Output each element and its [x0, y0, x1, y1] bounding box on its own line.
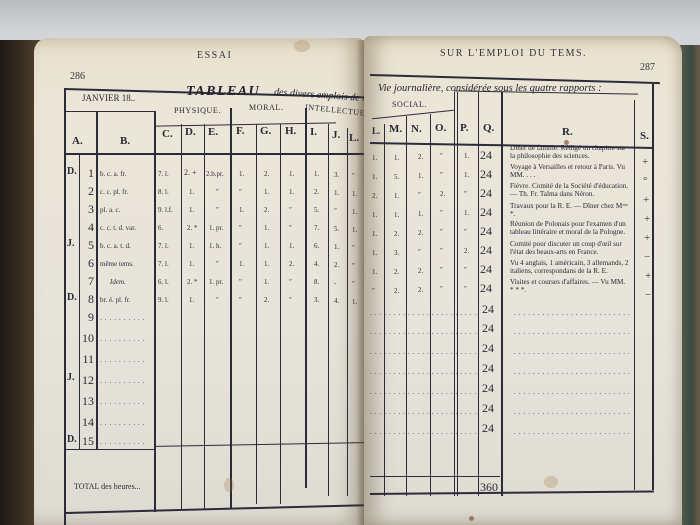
row-day: 13 — [78, 394, 94, 409]
cell-m: 2. — [394, 230, 399, 238]
cell-r-remark: Travaux pour la R. E. — Dîner chez Mᵐᵉ *… — [510, 202, 630, 218]
cell-f: ″ — [239, 242, 242, 250]
cell-r-remark: Comité pour discuter un coup d'œil sur l… — [510, 240, 630, 256]
row-day: 7 — [78, 274, 94, 289]
cell-l: ″ — [352, 244, 355, 252]
cell-p: ″ — [464, 228, 467, 236]
cell-o: ″ — [440, 285, 443, 293]
cell-l: ″ — [352, 280, 355, 288]
cell-q-hours: 24 — [480, 281, 492, 296]
cell-j: - — [334, 279, 336, 287]
cell-q-hours: 24 — [482, 321, 494, 336]
cell-f: ″ — [239, 224, 242, 232]
dot-leader: .......... — [100, 356, 362, 364]
cell-n: ″ — [418, 191, 421, 199]
cell-p: ″ — [464, 285, 467, 293]
row-weekday: D. — [67, 434, 77, 445]
cell-h: 1. — [289, 188, 294, 196]
cell-f: 1. — [239, 206, 244, 214]
row-day: 15 — [78, 434, 94, 449]
cell-s-mark: − — [645, 289, 651, 301]
cell-g: 1. — [264, 242, 269, 250]
col-header-i: I. — [310, 126, 317, 138]
cell-j: 3. — [334, 171, 339, 179]
paper-stain — [224, 478, 234, 492]
cell-j: 5. — [334, 225, 339, 233]
cell-o: ″ — [440, 266, 443, 274]
col-header-e: E. — [208, 126, 218, 138]
running-head-right: SUR L'EMPLOI DU TEMS. — [440, 48, 587, 59]
cell-f: ″ — [239, 296, 242, 304]
cell-e: ″ — [216, 188, 219, 196]
dot-leader: .......................... — [514, 348, 632, 356]
cell-i: 3. — [314, 296, 319, 304]
cell-d: 1. — [189, 260, 194, 268]
cell-o: ″ — [440, 171, 443, 179]
cell-q-hours: 24 — [482, 341, 494, 356]
dot-leader: .......................... — [370, 388, 478, 396]
cell-m: 1. — [394, 192, 399, 200]
cell-q-hours: 24 — [480, 224, 492, 239]
row-day: 8 — [78, 292, 94, 307]
table-title-bold: TABLEAU — [186, 84, 260, 100]
group-physique: PHYSIQUE. — [174, 106, 221, 115]
dot-leader: .......................... — [514, 408, 632, 416]
row-weekday: J. — [67, 372, 75, 383]
paper-stain — [294, 40, 310, 52]
cell-l: 1. — [372, 154, 377, 162]
dot-leader: .......................... — [514, 368, 632, 376]
cell-q-hours: 24 — [480, 167, 492, 182]
cell-o: ″ — [440, 152, 443, 160]
cell-c: 7. l. — [158, 170, 169, 178]
col-header-r: R. — [562, 126, 573, 138]
cell-c: 6. — [158, 224, 163, 232]
cell-b: même tems. — [100, 260, 134, 268]
cell-g: 2. — [264, 206, 269, 214]
row-weekday: D. — [67, 292, 77, 303]
cell-s-mark: + — [645, 270, 651, 282]
cell-d: 1. — [189, 296, 194, 304]
total-label: TOTAL des heures... — [74, 482, 141, 491]
cell-q-hours: 24 — [482, 381, 494, 396]
cell-d: 2. * — [187, 278, 198, 286]
cell-g: 1. — [264, 224, 269, 232]
cell-r-remark: Réunion de Polonais pour l'examen d'un t… — [510, 220, 630, 236]
right-page: SUR L'EMPLOI DU TEMS. 287 Vie journalièr… — [364, 36, 682, 525]
cell-l: ″ — [352, 172, 355, 180]
cell-l: 1. — [372, 249, 377, 257]
cell-q-hours: 24 — [480, 205, 492, 220]
cell-p: 1. — [464, 171, 469, 179]
cell-h: ″ — [289, 296, 292, 304]
paper-stain — [544, 476, 558, 488]
cell-n: 2. — [418, 267, 423, 275]
col-header-g: G. — [260, 125, 271, 137]
cell-e: 1. h. — [209, 242, 221, 250]
col-header-j: J. — [332, 129, 340, 141]
cell-n: 1. — [418, 172, 423, 180]
cell-p: 2. — [464, 247, 469, 255]
row-day: 4 — [78, 220, 94, 235]
dot-leader: .......................... — [514, 388, 632, 396]
cell-q-hours: 24 — [480, 148, 492, 163]
cell-p: ″ — [464, 266, 467, 274]
dot-leader: .......................... — [370, 408, 478, 416]
cell-b: br. é. pl. fr. — [100, 296, 131, 304]
cell-l: ″ — [352, 262, 355, 270]
cell-q-hours: 24 — [480, 186, 492, 201]
dot-leader: .......... — [100, 419, 362, 427]
cell-j: 2. — [334, 261, 339, 269]
row-day: 6 — [78, 256, 94, 271]
row-weekday: J. — [67, 238, 75, 249]
col-header-h: H. — [285, 125, 296, 137]
dot-leader: .......... — [100, 335, 362, 343]
cell-l: 2. — [372, 192, 377, 200]
cell-m: 1. — [394, 154, 399, 162]
dot-leader: .......... — [100, 377, 362, 385]
cell-b: Idem. — [110, 278, 126, 286]
cell-f: 1. — [239, 260, 244, 268]
col-header-p: P. — [460, 122, 468, 134]
cell-q-hours: 24 — [480, 243, 492, 258]
cell-i: 1. — [314, 170, 319, 178]
cell-d: 1. — [189, 188, 194, 196]
cell-m: 5. — [394, 173, 399, 181]
cell-i: 7. — [314, 224, 319, 232]
cell-m: 1. — [394, 211, 399, 219]
cell-i: 4. — [314, 260, 319, 268]
cell-i: 5. — [314, 206, 319, 214]
col-header-a: A. — [72, 135, 83, 147]
cell-r-remark: Visites et courses d'affaires. — Vu MM. … — [510, 278, 630, 294]
cell-l: 1. — [372, 230, 377, 238]
cell-i: 2. — [314, 188, 319, 196]
row-day: 10 — [78, 331, 94, 346]
cell-e: ″ — [216, 296, 219, 304]
total-hours: 360 — [480, 480, 498, 495]
cell-h: 1. — [289, 170, 294, 178]
col-header-o: O. — [435, 122, 446, 134]
cell-q-hours: 24 — [482, 401, 494, 416]
cell-r-remark: Dîner de famille. Rédigé un chapitre sur… — [510, 144, 630, 160]
month-label: JANVIER 18.. — [82, 93, 135, 103]
row-weekday: D. — [67, 166, 77, 177]
cell-q-hours: 24 — [482, 361, 494, 376]
page-number-right: 287 — [640, 62, 655, 73]
cell-q-hours: 24 — [480, 262, 492, 277]
cell-o: ″ — [440, 247, 443, 255]
cell-s-mark: − — [644, 251, 650, 263]
cell-o: ″ — [440, 228, 443, 236]
cell-h: 2. — [289, 260, 294, 268]
dot-leader: .......................... — [514, 309, 632, 317]
cell-r-remark: Voyage à Versailles et retour à Paris. V… — [510, 163, 630, 179]
row-day: 2 — [78, 184, 94, 199]
cell-q-hours: 24 — [482, 302, 494, 317]
cell-f: 1. — [239, 170, 244, 178]
cell-c: 9. l. — [158, 296, 169, 304]
cell-l: 1. — [372, 211, 377, 219]
cell-m: 2. — [394, 287, 399, 295]
col-header-s: S. — [640, 130, 649, 142]
row-day: 3 — [78, 202, 94, 217]
cell-g: 1. — [264, 278, 269, 286]
cell-e: 1. pr. — [209, 224, 223, 232]
left-page: ESSAI 286 TABLEAU des divers emplois de … — [34, 38, 364, 525]
dot-leader: .......... — [100, 398, 362, 406]
cell-e: ″ — [216, 206, 219, 214]
cell-o: 2. — [440, 190, 445, 198]
row-day: 11 — [78, 352, 94, 367]
cell-c: 6. l. — [158, 278, 169, 286]
cell-l: 1. — [372, 173, 377, 181]
cell-s-mark: + — [642, 156, 648, 168]
col-header-c: C. — [162, 128, 173, 140]
col-header-f: F. — [236, 125, 244, 137]
row-day: 14 — [78, 415, 94, 430]
col-header-q: Q. — [483, 122, 494, 134]
cell-h: ″ — [289, 224, 292, 232]
cell-c: 7. l. — [158, 242, 169, 250]
cell-s-mark: ° — [643, 175, 647, 187]
dot-leader: .......................... — [370, 428, 478, 436]
cell-m: 2. — [394, 268, 399, 276]
cell-d: 2. + — [184, 168, 197, 177]
cell-n: 2. — [418, 286, 423, 294]
cell-d: 2. * — [187, 224, 198, 232]
dot-leader: .......................... — [370, 368, 478, 376]
cell-f: ″ — [239, 278, 242, 286]
cell-j: 1. — [334, 189, 339, 197]
cell-b: c. c. t. d. var. — [100, 224, 136, 232]
cell-s-mark: + — [643, 194, 649, 206]
cell-l: ″ — [372, 287, 375, 295]
dot-leader: .......................... — [514, 428, 632, 436]
cell-b: c. c. pl. fr. — [100, 188, 128, 196]
cell-c: 8. l. — [158, 188, 169, 196]
cell-h: ″ — [289, 278, 292, 286]
cell-r-remark: Vu 4 anglais, 1 américain, 3 allemands, … — [510, 259, 630, 275]
cell-q-hours: 24 — [482, 421, 494, 436]
cell-n: ″ — [418, 248, 421, 256]
col-header-l: L. — [372, 126, 380, 136]
cell-p: 1. — [464, 209, 469, 217]
cell-p: 1. — [464, 152, 469, 160]
cell-n: 2. — [418, 153, 423, 161]
cell-g: 1. — [264, 188, 269, 196]
row-day: 9 — [78, 310, 94, 325]
cell-m: 3. — [394, 249, 399, 257]
cell-c: 7. l. — [158, 260, 169, 268]
cell-g: 2. — [264, 170, 269, 178]
col-header-b: B. — [120, 135, 130, 147]
cell-n: 1. — [418, 210, 423, 218]
cell-l: 1. — [372, 268, 377, 276]
cell-g: 2. — [264, 296, 269, 304]
group-moral: MORAL. — [249, 103, 284, 112]
cell-n: 2. — [418, 229, 423, 237]
cell-s-mark: + — [644, 232, 650, 244]
cell-h: ″ — [289, 206, 292, 214]
cell-e: 1. pr. — [209, 278, 223, 286]
dot-leader: .......... — [100, 438, 362, 446]
col-header-d: D. — [185, 126, 196, 138]
paper-stain — [469, 516, 474, 521]
group-social: SOCIAL. — [392, 100, 427, 109]
cell-e: 2.b.pr. — [206, 170, 224, 178]
cell-f: ″ — [239, 188, 242, 196]
dot-leader: .......................... — [370, 348, 478, 356]
cell-s-mark: + — [644, 213, 650, 225]
cell-r-remark: Fièvre. Comité de la Société d'éducation… — [510, 182, 630, 198]
cell-e: ″ — [216, 260, 219, 268]
col-header-n: N. — [411, 123, 422, 135]
cell-b: pl. a. c. — [100, 206, 120, 214]
dot-leader: .......... — [100, 314, 362, 322]
cell-p: ″ — [464, 190, 467, 198]
cell-d: 1. — [189, 242, 194, 250]
cell-d: 1. — [189, 206, 194, 214]
paper-stain — [564, 140, 569, 145]
cell-i: 6. — [314, 242, 319, 250]
cell-g: 1. — [264, 260, 269, 268]
cell-c: 9. l.f. — [158, 206, 173, 214]
cell-j: 1. — [334, 243, 339, 251]
cell-b: b. c. a. fr. — [100, 170, 126, 178]
dot-leader: .......................... — [370, 328, 478, 336]
cell-o: ″ — [440, 209, 443, 217]
cell-b: b. c. a. t. d. — [100, 242, 131, 250]
cell-j: 4. — [334, 297, 339, 305]
dot-leader: .......................... — [370, 309, 478, 317]
cell-h: 1. — [289, 242, 294, 250]
col-header-m: M. — [389, 123, 402, 135]
dot-leader: .......................... — [514, 328, 632, 336]
row-day: 12 — [78, 373, 94, 388]
cell-i: 8. — [314, 278, 319, 286]
row-day: 5 — [78, 238, 94, 253]
row-day: 1 — [78, 166, 94, 181]
cell-j: ″ — [334, 207, 337, 215]
